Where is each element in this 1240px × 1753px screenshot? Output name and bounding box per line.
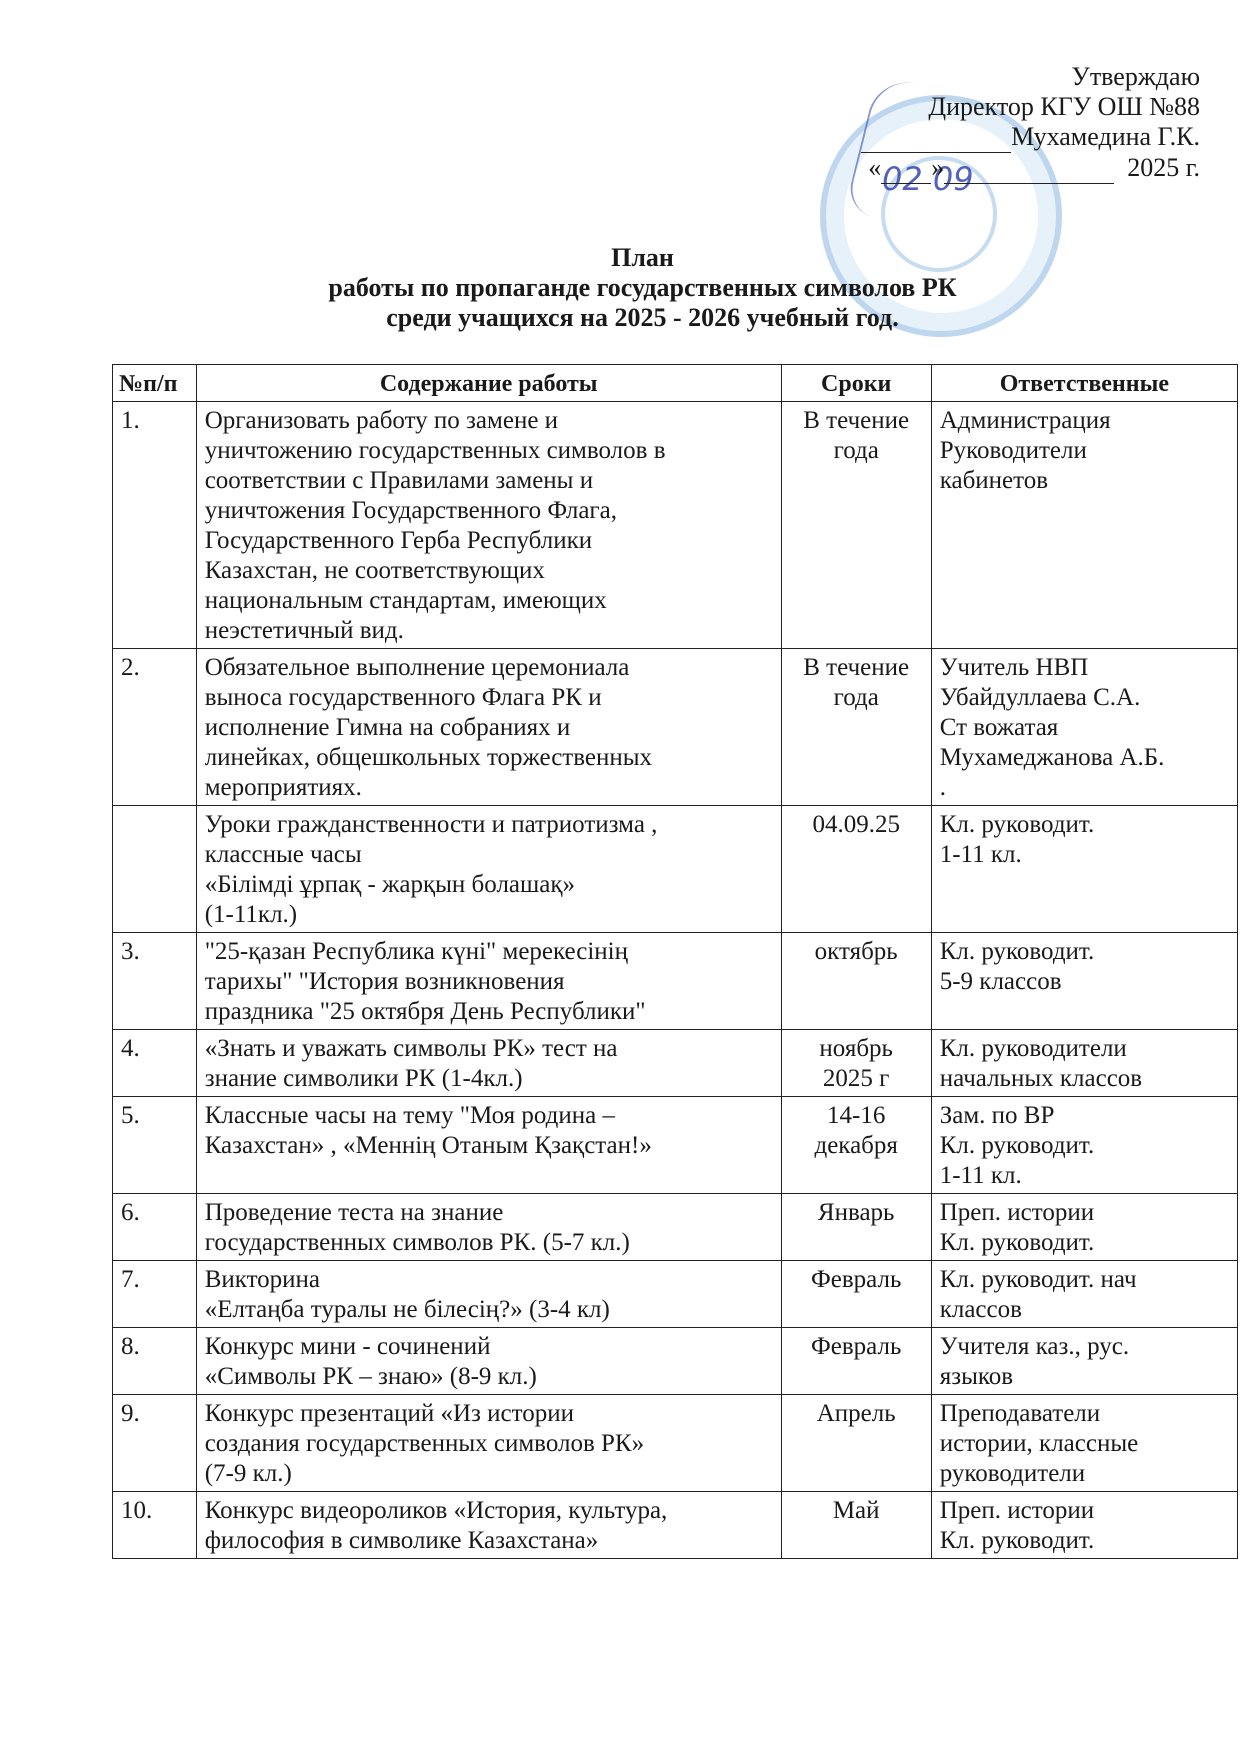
row-number: 6.	[113, 1194, 197, 1261]
table-row: 3."25-қазан Республика күні" мерекесінің…	[113, 933, 1238, 1030]
row-number	[113, 806, 197, 933]
row-responsible: Зам. по ВРКл. руководит.1-11 кл.	[931, 1097, 1237, 1194]
row-content: Конкурс видеороликов «История, культура,…	[196, 1492, 781, 1559]
table-row: 5. Классные часы на тему "Моя родина –Ка…	[113, 1097, 1238, 1194]
row-number: 4.	[113, 1030, 197, 1097]
row-term: Апрель	[781, 1395, 931, 1492]
title-line-2: работы по пропаганде государственных сим…	[45, 273, 1240, 303]
row-responsible: Преподавателиистории, классныеруководите…	[931, 1395, 1237, 1492]
row-number: 9.	[113, 1395, 197, 1492]
quote-open: «	[868, 153, 881, 182]
table-row: 10.Конкурс видеороликов «История, культу…	[113, 1492, 1238, 1559]
director-name: Мухамедина Г.К.	[1011, 122, 1200, 151]
approval-date-line: « » 2025 г.	[780, 153, 1200, 184]
row-responsible: Учитель НВПУбайдуллаева С.А.Ст вожатаяМу…	[931, 649, 1237, 806]
document-title: План работы по пропаганде государственны…	[0, 243, 1240, 333]
table-header-row: №п/п Содержание работы Сроки Ответственн…	[113, 365, 1238, 402]
table-row: Уроки гражданственности и патриотизма ,к…	[113, 806, 1238, 933]
row-term: 14-16декабря	[781, 1097, 931, 1194]
row-number: 1.	[113, 402, 197, 649]
row-content: Викторина«Елтаңба туралы не білесің?» (3…	[196, 1261, 781, 1328]
row-term: 04.09.25	[781, 806, 931, 933]
row-term: В течениегода	[781, 402, 931, 649]
approval-position: Директор КГУ ОШ №88	[780, 92, 1200, 122]
quote-close: »	[931, 153, 944, 182]
row-term: Февраль	[781, 1328, 931, 1395]
approval-block: Утверждаю Директор КГУ ОШ №88 Мухамедина…	[780, 62, 1200, 184]
header-num: №п/п	[113, 365, 197, 402]
table-row: 1.Организовать работу по замене иуничтож…	[113, 402, 1238, 649]
table-row: 4.«Знать и уважать символы РК» тест назн…	[113, 1030, 1238, 1097]
row-number: 7.	[113, 1261, 197, 1328]
row-term: октябрь	[781, 933, 931, 1030]
row-term: Февраль	[781, 1261, 931, 1328]
row-content: Классные часы на тему "Моя родина –Казах…	[196, 1097, 781, 1194]
row-responsible: Учителя каз., рус.языков	[931, 1328, 1237, 1395]
title-line-3: среди учащихся на 2025 - 2026 учебный го…	[45, 303, 1240, 333]
row-term: Январь	[781, 1194, 931, 1261]
row-responsible: Кл. руководит.1-11 кл.	[931, 806, 1237, 933]
row-content: «Знать и уважать символы РК» тест назнан…	[196, 1030, 781, 1097]
table-row: 9.Конкурс презентаций «Из историисоздани…	[113, 1395, 1238, 1492]
row-responsible: Кл. руководителиначальных классов	[931, 1030, 1237, 1097]
plan-table: №п/п Содержание работы Сроки Ответственн…	[112, 364, 1238, 1559]
title-line-1: План	[45, 243, 1240, 273]
row-content: Проведение теста на знаниегосударственны…	[196, 1194, 781, 1261]
row-responsible: Кл. руководит.5-9 классов	[931, 933, 1237, 1030]
row-number: 8.	[113, 1328, 197, 1395]
row-term: ноябрь2025 г	[781, 1030, 931, 1097]
table-row: 6.Проведение теста на знаниегосударствен…	[113, 1194, 1238, 1261]
table-row: 8.Конкурс мини - сочинений«Символы РК – …	[113, 1328, 1238, 1395]
row-responsible: Кл. руководит. начклассов	[931, 1261, 1237, 1328]
row-content: Обязательное выполнение церемониалавынос…	[196, 649, 781, 806]
row-number: 10.	[113, 1492, 197, 1559]
row-content: Конкурс мини - сочинений«Символы РК – зн…	[196, 1328, 781, 1395]
row-number: 5.	[113, 1097, 197, 1194]
approval-year: 2025 г.	[1127, 153, 1200, 182]
row-content: Организовать работу по замене иуничтожен…	[196, 402, 781, 649]
row-responsible: Преп. историиКл. руководит.	[931, 1492, 1237, 1559]
row-number: 3.	[113, 933, 197, 1030]
approval-signature-line: Мухамедина Г.К.	[780, 122, 1200, 153]
row-term: Май	[781, 1492, 931, 1559]
table-row: 7.Викторина«Елтаңба туралы не білесің?» …	[113, 1261, 1238, 1328]
row-term: В течениегода	[781, 649, 931, 806]
row-responsible: Преп. историиКл. руководит.	[931, 1194, 1237, 1261]
header-content: Содержание работы	[196, 365, 781, 402]
header-term: Сроки	[781, 365, 931, 402]
table-row: 2.Обязательное выполнение церемониалавын…	[113, 649, 1238, 806]
row-number: 2.	[113, 649, 197, 806]
row-responsible: АдминистрацияРуководителикабинетов	[931, 402, 1237, 649]
header-responsible: Ответственные	[931, 365, 1237, 402]
row-content: "25-қазан Республика күні" мерекесініңта…	[196, 933, 781, 1030]
plan-table-body: 1.Организовать работу по замене иуничтож…	[113, 402, 1238, 1559]
approval-label: Утверждаю	[780, 62, 1200, 92]
row-content: Конкурс презентаций «Из историисоздания …	[196, 1395, 781, 1492]
row-content: Уроки гражданственности и патриотизма ,к…	[196, 806, 781, 933]
